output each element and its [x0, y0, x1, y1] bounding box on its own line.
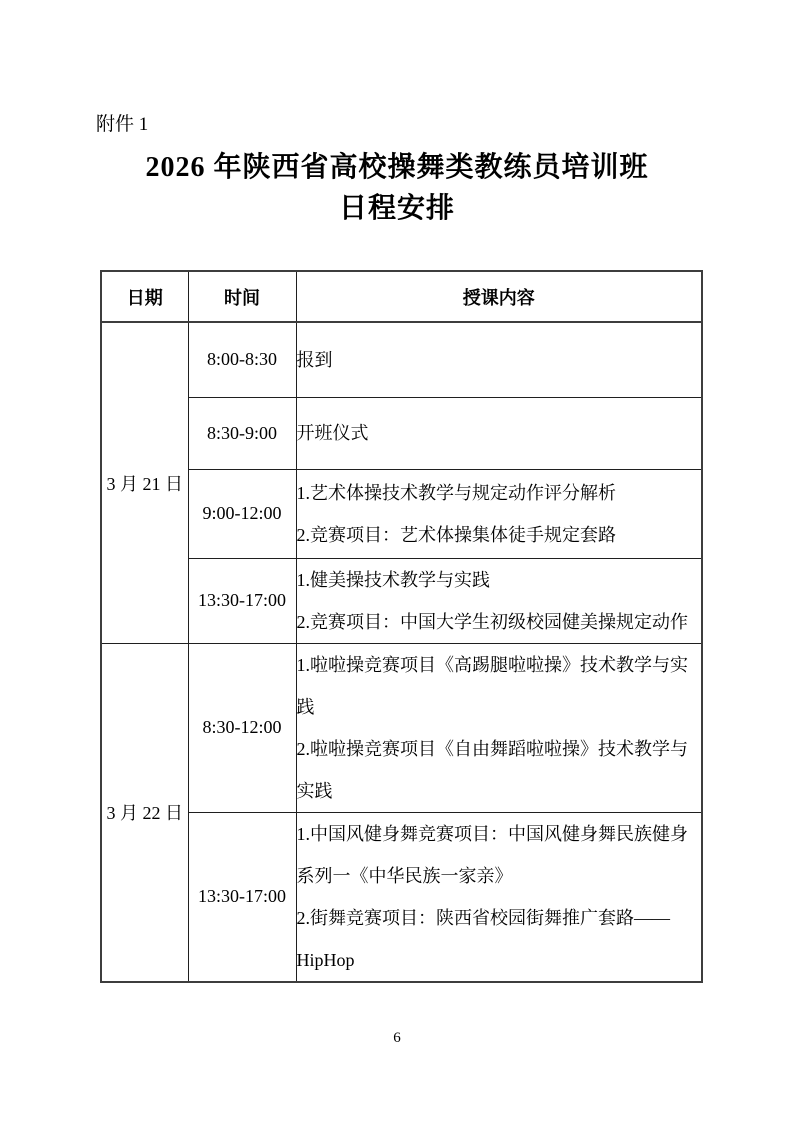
document-page: 附件 1 2026 年陕西省高校操舞类教练员培训班 日程安排 日期 时间 授课内…	[0, 0, 794, 1123]
content-item: 2.竞赛项目：中国大学生初级校园健美操规定动作	[297, 601, 702, 643]
table-row: 13:30-17:00 1.健美操技术教学与实践 2.竞赛项目：中国大学生初级校…	[101, 558, 702, 643]
time-cell: 8:30-9:00	[188, 397, 296, 469]
col-header-time: 时间	[188, 271, 296, 322]
table-row: 9:00-12:00 1.艺术体操技术教学与规定动作评分解析 2.竞赛项目：艺术…	[101, 469, 702, 558]
content-cell: 开班仪式	[296, 397, 702, 469]
content-cell: 1.中国风健身舞竞赛项目：中国风健身舞民族健身系列一《中华民族一家亲》 2.街舞…	[296, 812, 702, 982]
content-item: 2.啦啦操竞赛项目《自由舞蹈啦啦操》技术教学与实践	[297, 728, 702, 812]
time-cell: 8:30-12:00	[188, 643, 296, 812]
content-cell: 1.啦啦操竞赛项目《高踢腿啦啦操》技术教学与实践 2.啦啦操竞赛项目《自由舞蹈啦…	[296, 643, 702, 812]
content-cell: 1.健美操技术教学与实践 2.竞赛项目：中国大学生初级校园健美操规定动作	[296, 558, 702, 643]
schedule-table: 日期 时间 授课内容 3 月 21 日 8:00-8:30 报到 8:30-9:…	[100, 270, 703, 983]
attachment-label: 附件 1	[96, 112, 148, 138]
page-number: 6	[0, 1030, 794, 1047]
content-item: 1.啦啦操竞赛项目《高踢腿啦啦操》技术教学与实践	[297, 644, 702, 728]
time-cell: 9:00-12:00	[188, 469, 296, 558]
content-cell: 报到	[296, 322, 702, 397]
table-row: 8:30-9:00 开班仪式	[101, 397, 702, 469]
date-cell: 3 月 22 日	[101, 643, 188, 982]
time-cell: 13:30-17:00	[188, 812, 296, 982]
content-item: 2.街舞竞赛项目：陕西省校园街舞推广套路——HipHop	[297, 897, 702, 981]
table-row: 3 月 21 日 8:00-8:30 报到	[101, 322, 702, 397]
table-row: 13:30-17:00 1.中国风健身舞竞赛项目：中国风健身舞民族健身系列一《中…	[101, 812, 702, 982]
content-item: 1.健美操技术教学与实践	[297, 559, 702, 601]
document-title-line2: 日程安排	[0, 188, 794, 229]
document-title-line1: 2026 年陕西省高校操舞类教练员培训班	[0, 147, 794, 188]
col-header-date: 日期	[101, 271, 188, 322]
content-item: 2.竞赛项目：艺术体操集体徒手规定套路	[297, 514, 702, 556]
table-row: 3 月 22 日 8:30-12:00 1.啦啦操竞赛项目《高踢腿啦啦操》技术教…	[101, 643, 702, 812]
content-item: 1.艺术体操技术教学与规定动作评分解析	[297, 472, 702, 514]
content-item: 1.中国风健身舞竞赛项目：中国风健身舞民族健身系列一《中华民族一家亲》	[297, 813, 702, 897]
col-header-content: 授课内容	[296, 271, 702, 322]
time-cell: 13:30-17:00	[188, 558, 296, 643]
date-cell: 3 月 21 日	[101, 322, 188, 643]
time-cell: 8:00-8:30	[188, 322, 296, 397]
content-cell: 1.艺术体操技术教学与规定动作评分解析 2.竞赛项目：艺术体操集体徒手规定套路	[296, 469, 702, 558]
content-item: 报到	[297, 339, 702, 381]
table-header-row: 日期 时间 授课内容	[101, 271, 702, 322]
document-title: 2026 年陕西省高校操舞类教练员培训班 日程安排	[0, 147, 794, 229]
content-item: 开班仪式	[297, 412, 702, 454]
